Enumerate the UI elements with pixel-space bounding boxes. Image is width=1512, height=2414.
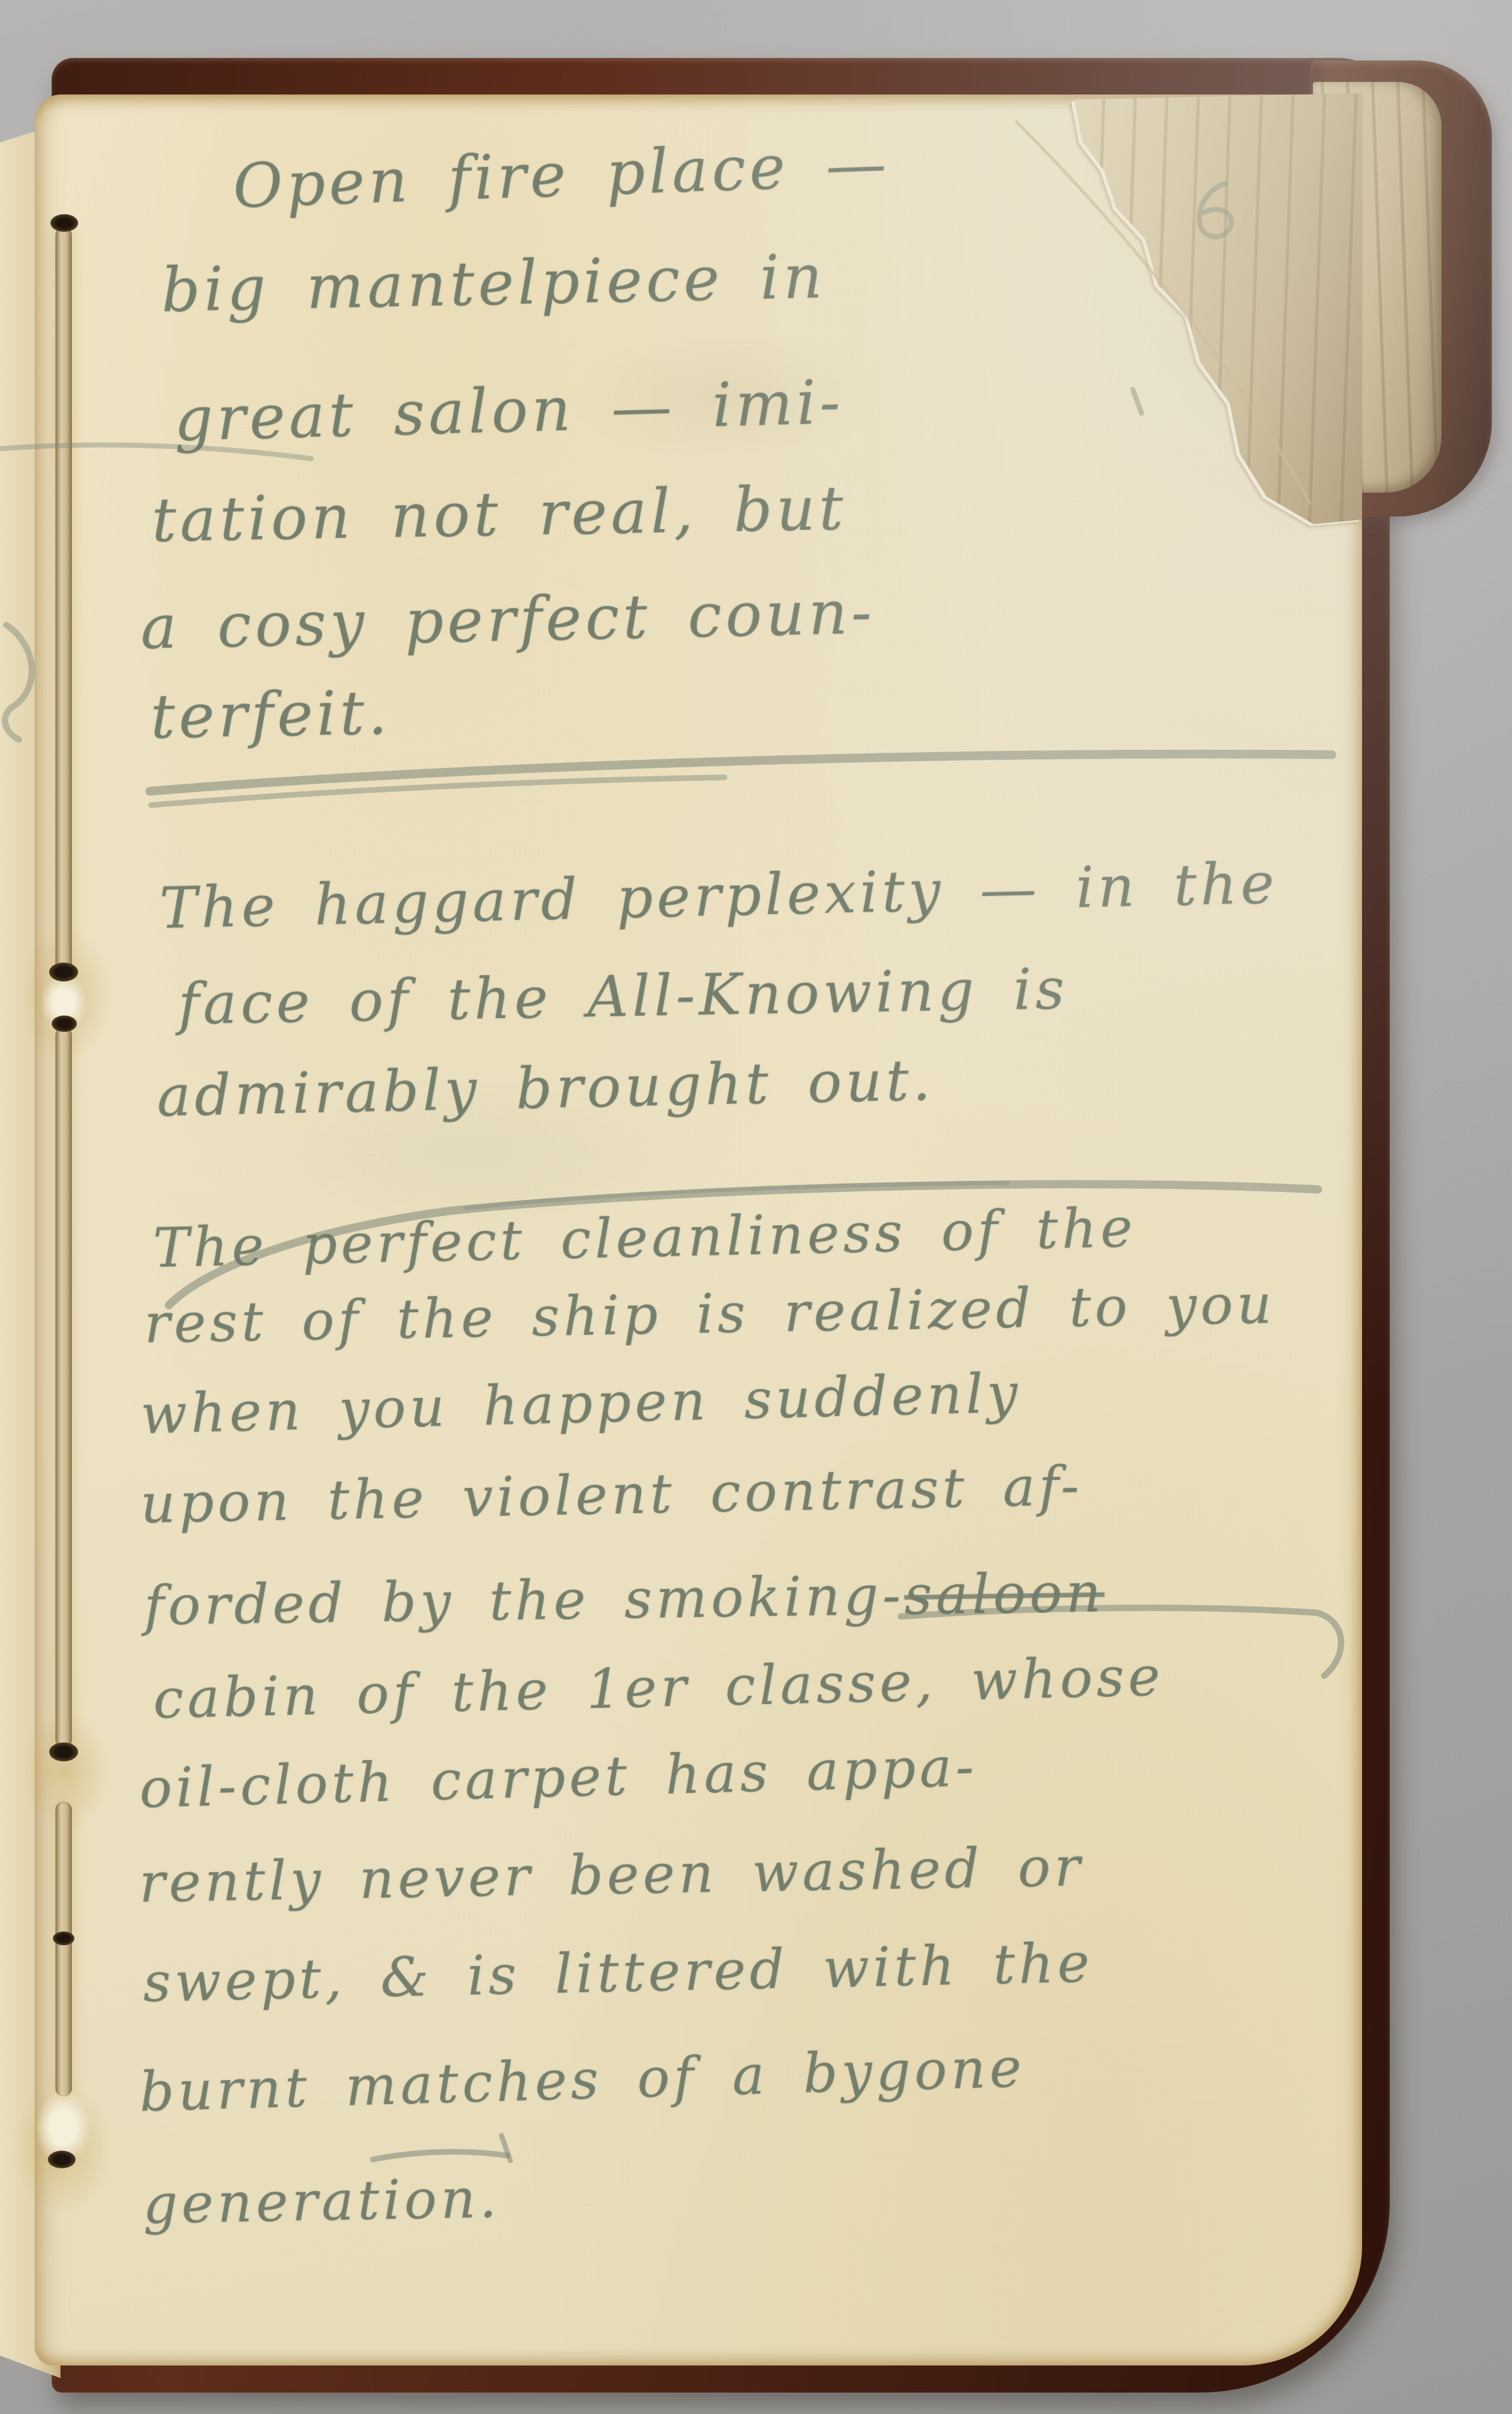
notebook-page <box>35 94 1362 2365</box>
stitch-thread <box>55 1027 72 1748</box>
stitch-hole <box>48 2151 76 2168</box>
handwritten-line: oil-cloth carpet has appa- <box>139 1736 978 1821</box>
notebook-photo: Open fire place — big mantelpiece in gre… <box>0 0 1512 2414</box>
handwritten-line: rently never been washed or <box>139 1836 1084 1915</box>
stray-tick-mark <box>501 2136 510 2161</box>
apostrophe-mark <box>1133 389 1142 413</box>
stray-dash-mark <box>373 2152 508 2159</box>
pencil-divider-1 <box>150 754 1332 791</box>
handwritten-line: terfeit. <box>150 677 391 752</box>
fold-crease <box>1016 121 1310 504</box>
pencil-divider-1b <box>151 777 724 805</box>
handwritten-line: upon the violent contrast af- <box>140 1455 1084 1536</box>
binding-stain <box>21 1707 110 1833</box>
handwritten-line: rest of the ship is realized to you <box>144 1273 1276 1356</box>
pencil-divider-2b <box>466 1183 1008 1208</box>
handwritten-line: The haggard perplexity — in the <box>159 850 1279 942</box>
facing-page-stroke <box>1 445 311 459</box>
pencil-marks-layer <box>0 0 1512 2414</box>
paper-smudge <box>252 1071 693 1235</box>
handwritten-line: Open fire place — <box>232 129 891 222</box>
line-pre-text: forded by the smoking- <box>144 1564 905 1638</box>
stray-six-mark <box>1200 184 1232 237</box>
handwritten-line: swept, & is littered with the <box>142 1931 1094 2015</box>
stitch-hole <box>49 963 78 981</box>
handwritten-line: face of the All-Knowing is <box>178 956 1068 1038</box>
handwritten-line: a cosy perfect coun- <box>140 577 876 663</box>
handwritten-line: cabin of the 1er classe, whose <box>152 1645 1164 1731</box>
facing-page-gutter <box>0 123 60 2378</box>
cover-corner-tab <box>1310 60 1492 517</box>
pencil-divider-2 <box>169 1184 1318 1305</box>
paper-smudge <box>567 328 882 466</box>
handwritten-line: tation not real, but <box>151 473 847 556</box>
handwritten-line: when you happen suddenly <box>140 1362 1022 1446</box>
handwritten-line-struck: forded by the smoking-saloon <box>144 1562 1105 1638</box>
stitch-thread <box>55 227 72 973</box>
stitch-hole <box>53 1931 74 1945</box>
binding-stain <box>19 926 113 1065</box>
binding-stain <box>13 2079 113 2217</box>
handwritten-line: great salon — imi- <box>173 367 845 455</box>
leather-cover <box>52 58 1390 2393</box>
stitch-hole <box>49 1742 78 1761</box>
thread-fray <box>42 975 86 1029</box>
strikethrough-flourish <box>901 1608 1341 1676</box>
handwritten-line: big mantelpiece in <box>161 241 827 326</box>
gutter-squiggle-mark <box>5 625 32 740</box>
handwritten-line: admirably brought out. <box>156 1047 935 1130</box>
handwritten-line: The perfect cleanliness of the <box>152 1196 1137 1280</box>
stitch-hole <box>52 1015 77 1032</box>
stitch-thread <box>55 1802 72 2097</box>
handwritten-line: burnt matches of a bygone <box>139 2037 1026 2124</box>
struck-word: saloon <box>904 1562 1105 1627</box>
torn-corner-under-pages <box>980 88 1365 529</box>
under-pages-edge <box>1313 82 1441 493</box>
stitch-hole <box>50 214 78 232</box>
handwritten-line: generation. <box>142 2167 501 2236</box>
torn-corner <box>980 88 1365 529</box>
thread-fray <box>37 2093 89 2162</box>
